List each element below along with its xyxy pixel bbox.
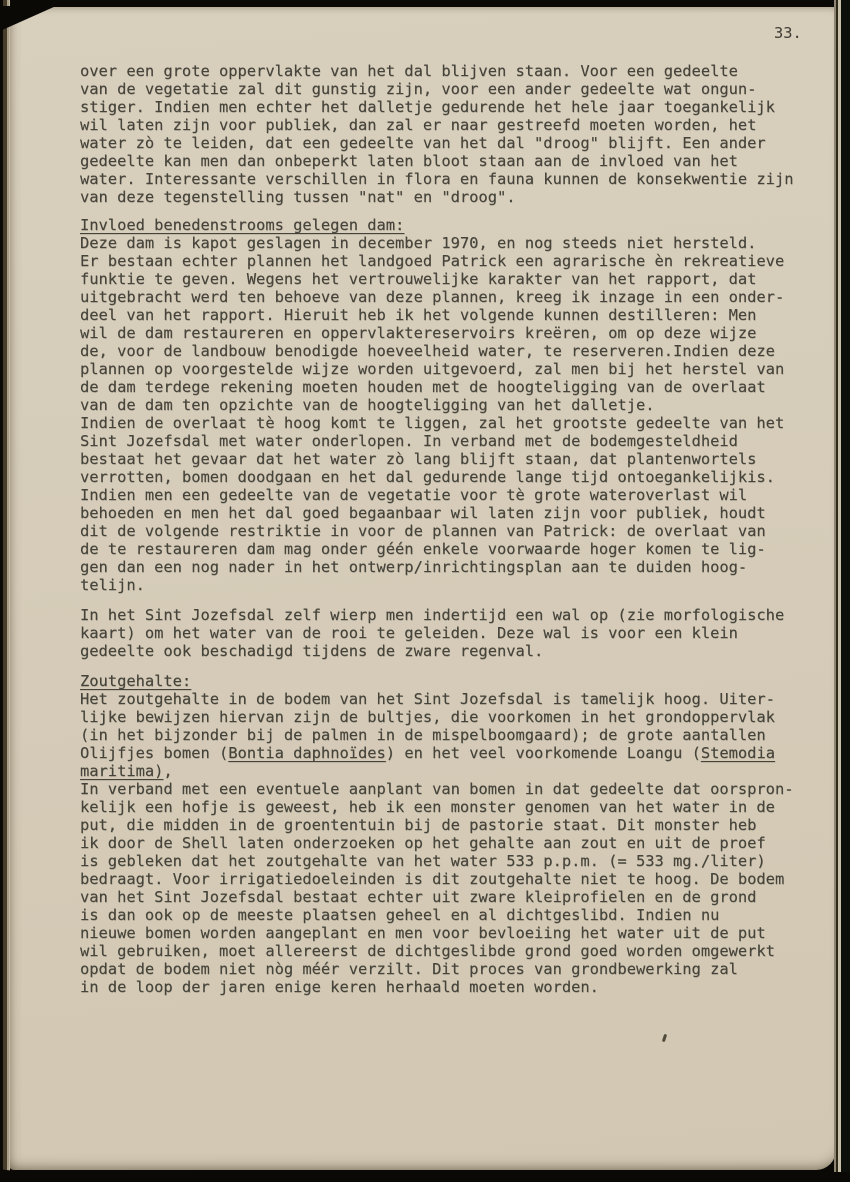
species-line-1: Olijfjes bomen (Bontia daphnoïdes) en he… [80, 744, 805, 762]
section-heading-zoutgehalte: Zoutgehalte: [80, 672, 805, 690]
document-page: 33. over een grote oppervlakte van het d… [9, 7, 836, 1170]
scanned-document: { "colors": { "paper": "#d5cbb8", "ink":… [0, 0, 850, 1182]
species-name-stemodia: Stemodia [701, 744, 775, 762]
typewritten-text: over een grote oppervlakte van het dal b… [80, 62, 805, 996]
species-line-2: maritima), [80, 762, 805, 780]
paragraph-watermonster: In verband met een eventuele aanplant va… [80, 780, 805, 996]
book-spine-edge [0, 0, 10, 1182]
scan-bottom-edge [0, 1172, 850, 1182]
page-number: 33. [774, 24, 802, 42]
species-line-1-mid: ) en het veel voorkomende Loangu ( [386, 744, 701, 762]
section-heading-invloed-dam: Invloed benedenstrooms gelegen dam: [80, 216, 805, 234]
paragraph-wal: In het Sint Jozefsdal zelf wierp men ind… [80, 606, 805, 660]
paragraph-water-verdeling: over een grote oppervlakte van het dal b… [80, 62, 805, 206]
paragraph-zoutgehalte-bewijzen: Het zoutgehalte in de bodem van het Sint… [80, 690, 805, 744]
species-line-1-pre: Olijfjes bomen ( [80, 744, 228, 762]
species-line-2-post: , [163, 762, 172, 780]
page-stack-edge [834, 0, 850, 1182]
species-name-bontia: Bontia daphnoïdes [228, 744, 386, 762]
species-name-maritima: maritima) [80, 762, 163, 780]
paragraph-dam-herstel: Deze dam is kapot geslagen in december 1… [80, 234, 805, 594]
